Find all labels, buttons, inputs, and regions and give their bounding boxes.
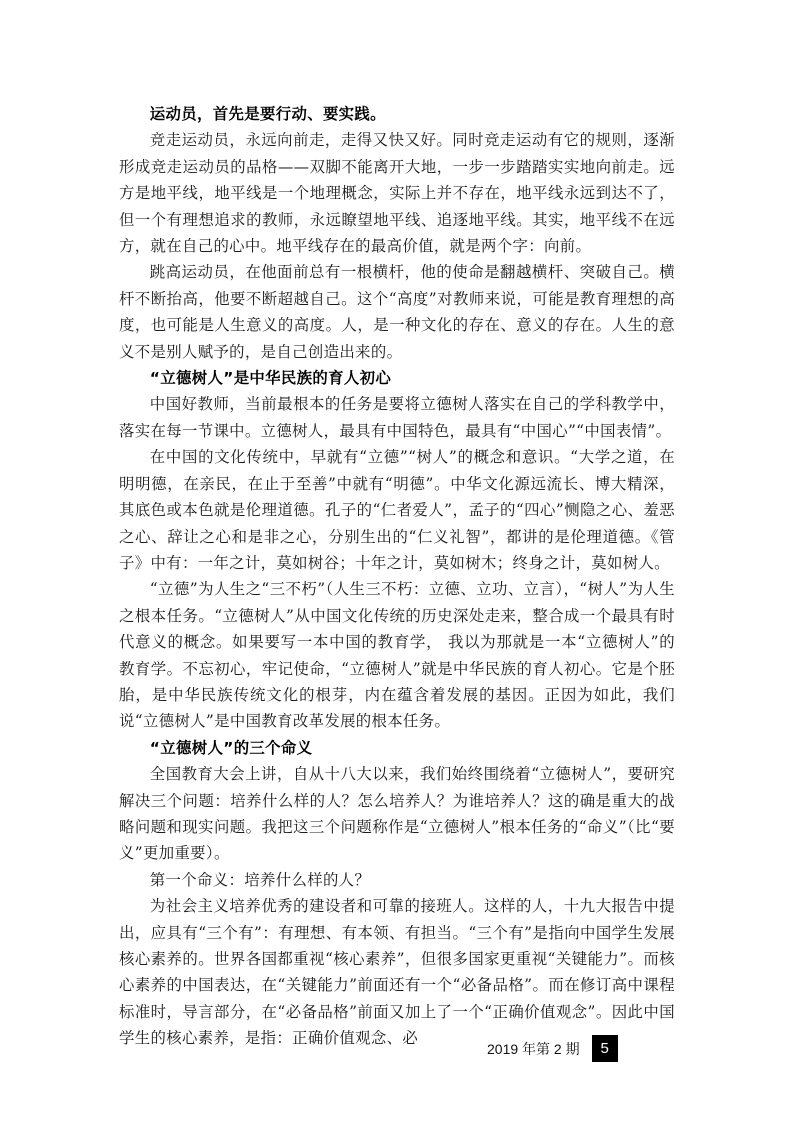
paragraph: 全国教育大会上讲，自从十八大以来，我们始终围绕着“立德树人”，要研究解决三个问题… <box>119 761 675 867</box>
paragraph: “立德”为人生之“三不朽”（人生三不朽：立德、立功、立言），“树人”为人生之根本… <box>119 576 675 734</box>
page-number-badge: 5 <box>592 1035 618 1062</box>
paragraph: 中国好教师，当前最根本的任务是要将立德树人落实在自己的学科教学中，落实在每一节课… <box>119 391 675 444</box>
paragraph: 竞走运动员，永远向前走，走得又快又好。同时竞走运动有它的规则，逐渐形成竞走运动员… <box>119 127 675 259</box>
section-heading: “立德树人”的三个命义 <box>119 735 675 761</box>
issue-label: 2019 年第 2 期 <box>487 1039 580 1059</box>
section-heading: 运动员，首先是要行动、要实践。 <box>119 101 675 127</box>
paragraph: 第一个命义：培养什么样的人？ <box>119 867 675 893</box>
section-heading: “立德树人”是中华民族的育人初心 <box>119 365 675 391</box>
paragraph: 在中国的文化传统中，早就有“立德”“树人”的概念和意识。“大学之道，在明明德，在… <box>119 444 675 576</box>
article-body: 运动员，首先是要行动、要实践。 竞走运动员，永远向前走，走得又快又好。同时竞走运… <box>119 101 675 1052</box>
page-footer: 2019 年第 2 期 5 <box>487 1035 618 1062</box>
paragraph: 为社会主义培养优秀的建设者和可靠的接班人。这样的人，十九大报告中提出，应具有“三… <box>119 893 675 1051</box>
paragraph: 跳高运动员，在他面前总有一根横杆，他的使命是翻越横杆、突破自己。横杆不断抬高，他… <box>119 259 675 365</box>
